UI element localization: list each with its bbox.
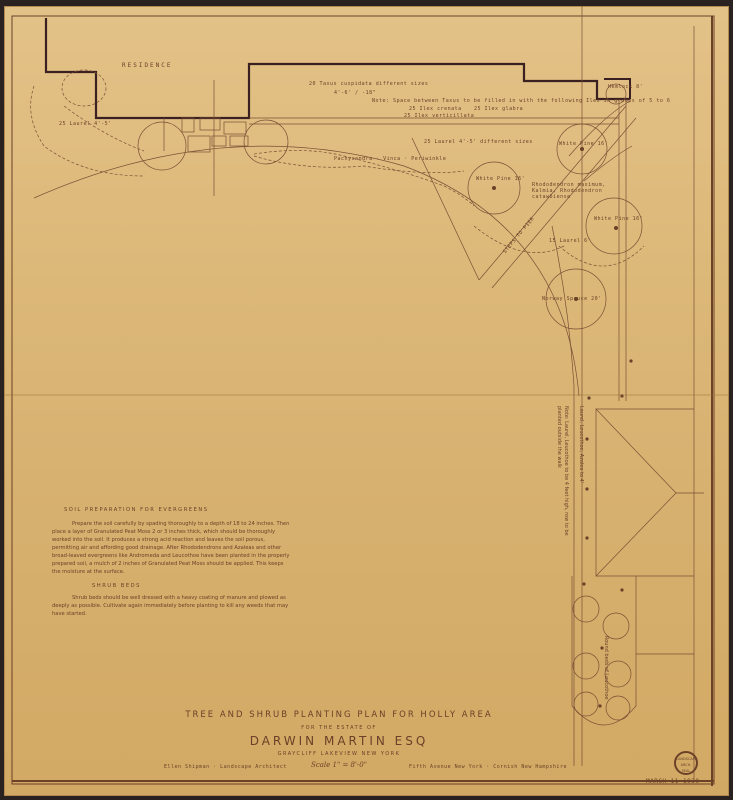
blueprint-sheet: RESIDENCE 25 Laurel 4'-5' 20 Taxus cuspi… — [4, 6, 729, 796]
drawing-date: MARCH 11 1930 — [646, 778, 699, 785]
architect-seal-stamp: LANDSCAPE ARCH. SEAL — [674, 751, 698, 775]
label-shrub-beds: Round beds of Leucothoe — [602, 636, 609, 699]
label-laurel-vertical: Laurel, Leucothoe, Azalea to 4' — [577, 406, 584, 483]
title-client-name: DARWIN MARTIN ESQ — [114, 734, 564, 748]
notes-section2-body: Shrub beds should be well dressed with a… — [52, 594, 292, 618]
planting-notes: SOIL PREPARATION FOR EVERGREENS Prepare … — [52, 506, 292, 618]
label-white-pine-3: White Pine 16' — [594, 216, 643, 222]
label-note-space: Note: Space between Taxus to be filled i… — [372, 98, 670, 104]
title-line2: FOR THE ESTATE OF — [114, 725, 564, 731]
label-taxus-dims: 4'-6' / -18" — [334, 90, 376, 96]
notes-section1-title: SOIL PREPARATION FOR EVERGREENS — [52, 506, 292, 514]
label-hemlock: Hemlock 8' — [608, 84, 643, 90]
label-note-vertical: Note: Laurel, Leucothoe to be 4 feet hig… — [555, 406, 569, 556]
residence-label: RESIDENCE — [122, 62, 173, 69]
footer-address: Fifth Avenue New York · Cornish New Hamp… — [409, 764, 567, 770]
site-plan-drawing — [4, 6, 729, 796]
label-norway-spruce: Norway Spruce 20' — [542, 296, 602, 302]
label-laurel-right: 25 Laurel 4'-5' different sizes — [424, 139, 533, 145]
notes-section1-body: Prepare the soil carefully by spading th… — [52, 520, 292, 576]
notes-section2-title: SHRUB BEDS — [92, 582, 292, 590]
label-ilex-3: 25 Ilex verticillata — [404, 113, 474, 119]
label-laurel-left: 25 Laurel 4'-5' — [59, 121, 112, 127]
title-block: TREE AND SHRUB PLANTING PLAN FOR HOLLY A… — [114, 710, 564, 769]
label-laurel-6: 15 Laurel 6' — [549, 238, 591, 244]
label-ilex-2: 25 Ilex glabra — [474, 106, 523, 112]
title-line1: TREE AND SHRUB PLANTING PLAN FOR HOLLY A… — [114, 710, 564, 720]
label-taxus-cuspidata: 20 Taxus cuspidata different sizes — [309, 81, 428, 87]
label-pachysandra: Pachysandra · Vinca · Periwinkle — [334, 156, 446, 162]
label-ilex-1: 25 Ilex crenata — [409, 106, 462, 112]
label-rhododendron-group: Rhododendron maximum, Kalmia, Rhododendr… — [532, 182, 612, 200]
title-location: GRAYCLIFF LAKEVIEW NEW YORK — [114, 751, 564, 757]
label-white-pine-2: White Pine 16' — [559, 141, 608, 147]
label-white-pine-1: White Pine 16' — [476, 176, 525, 182]
footer-architect: Ellen Shipman · Landscape Architect — [164, 764, 287, 770]
